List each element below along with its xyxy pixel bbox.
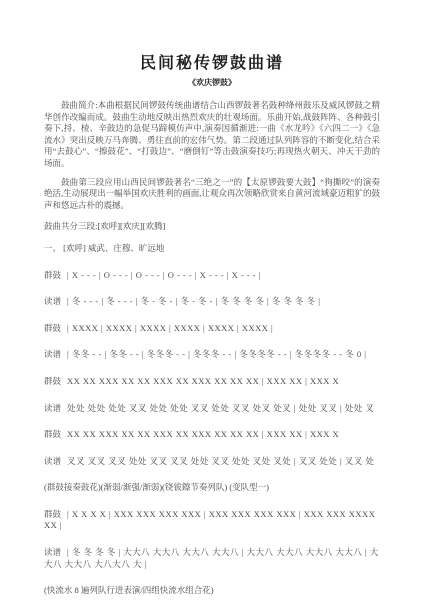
final-note: (快流水 8 遍列队行进表演/四组快流水组合花) — [44, 585, 380, 597]
intro-paragraph-1: 鼓曲简介:本曲根据民间锣鼓传统曲谱结合山西锣鼓著名鼓种绛州鼓乐及威风锣鼓之精华创… — [44, 100, 380, 170]
score-line-3-label: 群鼓 — [44, 323, 61, 333]
score-line-1-label: 群鼓 — [44, 270, 61, 280]
score-line-9-label: 群鼓 — [44, 509, 61, 519]
score-line-7-text: XX XX XXX XX XX XXX XX XXX XX XX XX | XX… — [67, 429, 339, 439]
score-line-10-text: | 冬 冬 冬 冬 | 大大八 大大八 大大八 大大八 | 大大八 大大八 大大… — [44, 547, 379, 569]
score-line-4-label: 读谱 — [44, 349, 61, 359]
score-line-6: 读谱处处 处处 处处 叉叉 处处 处处 叉叉 处处 叉叉 处叉 处叉 | 处处 … — [44, 403, 380, 415]
score-line-10-label: 读谱 — [44, 547, 61, 557]
score-line-8: 读谱叉叉 叉叉 叉叉 处处 叉叉 叉叉 处处 叉叉 处处 叉处 叉处 | 叉叉 … — [44, 456, 380, 468]
movement-heading: 一、 [欢呼] 威武、庄穆、旷远地 — [44, 243, 380, 255]
performance-annotation: (群鼓接奏鼓花)(渐弱/渐强/渐弱)(铙钹鑔节奏列队) (变队型一) — [44, 482, 380, 494]
score-line-10: 读谱| 冬 冬 冬 冬 | 大大八 大大八 大大八 大大八 | 大大八 大大八 … — [44, 547, 380, 570]
score-line-7: 群鼓XX XX XXX XX XX XXX XX XXX XX XX XX | … — [44, 429, 380, 441]
score-line-1: 群鼓| X - - - | O - - - | O - - - | O - - … — [44, 270, 380, 282]
score-line-7-label: 群鼓 — [44, 429, 61, 439]
score-line-6-label: 读谱 — [44, 403, 61, 413]
intro-paragraph-2: 鼓曲第三段应用山西民间锣鼓著名“三绝之一”的【太原锣鼓要大鼓】“狗撕咬”的演奏绝… — [44, 177, 380, 212]
score-line-3-text: | XXXX | XXXX | XXXX | XXXX | XXXX | XXX… — [67, 323, 273, 333]
score-line-2: 读谱| 冬 - - - | 冬 - - - | 冬 - 冬 - | 冬 - 冬 … — [44, 296, 380, 308]
score-line-4: 读谱| 冬冬 - - | 冬冬 - - | 冬冬冬 - - | 冬冬冬 - - … — [44, 349, 380, 361]
score-line-8-label: 读谱 — [44, 456, 61, 466]
score-line-4-text: | 冬冬 - - | 冬冬 - - | 冬冬冬 - - | 冬冬冬 - - | … — [67, 349, 366, 359]
score-line-3: 群鼓| XXXX | XXXX | XXXX | XXXX | XXXX | X… — [44, 323, 380, 335]
score-line-5: 群鼓XX XX XXX XX XX XXX XX XXX XX XX XX | … — [44, 376, 380, 388]
page-title: 民间秘传锣鼓曲谱 — [44, 50, 380, 73]
score-line-2-label: 读谱 — [44, 296, 61, 306]
structure-line: 鼓曲共分三段:[欢呼][欢庆][欢腾] — [44, 221, 380, 233]
page-subtitle: 《欢庆锣鼓》 — [44, 77, 380, 88]
score-line-5-text: XX XX XXX XX XX XXX XX XXX XX XX XX | XX… — [67, 376, 339, 386]
score-line-1-text: | X - - - | O - - - | O - - - | O - - - … — [67, 270, 261, 280]
score-line-2-text: | 冬 - - - | 冬 - - - | 冬 - 冬 - | 冬 - 冬 - … — [67, 296, 320, 306]
document-page: 民间秘传锣鼓曲谱 《欢庆锣鼓》 鼓曲简介:本曲根据民间锣鼓传统曲谱结合山西锣鼓著… — [0, 0, 423, 600]
score-line-8-text: 叉叉 叉叉 叉叉 处处 叉叉 叉叉 处处 叉叉 处处 叉处 叉处 | 叉叉 处处… — [67, 456, 374, 466]
score-line-5-label: 群鼓 — [44, 376, 61, 386]
score-line-9: 群鼓| X X X X | XXX XXX XXX XXX | XXX XXX … — [44, 509, 380, 532]
score-line-6-text: 处处 处处 处处 叉叉 处处 处处 叉叉 处处 叉叉 处叉 处叉 | 处处 叉叉… — [67, 403, 374, 413]
score-line-9-text: | X X X X | XXX XXX XXX XXX | XXX XXX XX… — [44, 509, 375, 531]
